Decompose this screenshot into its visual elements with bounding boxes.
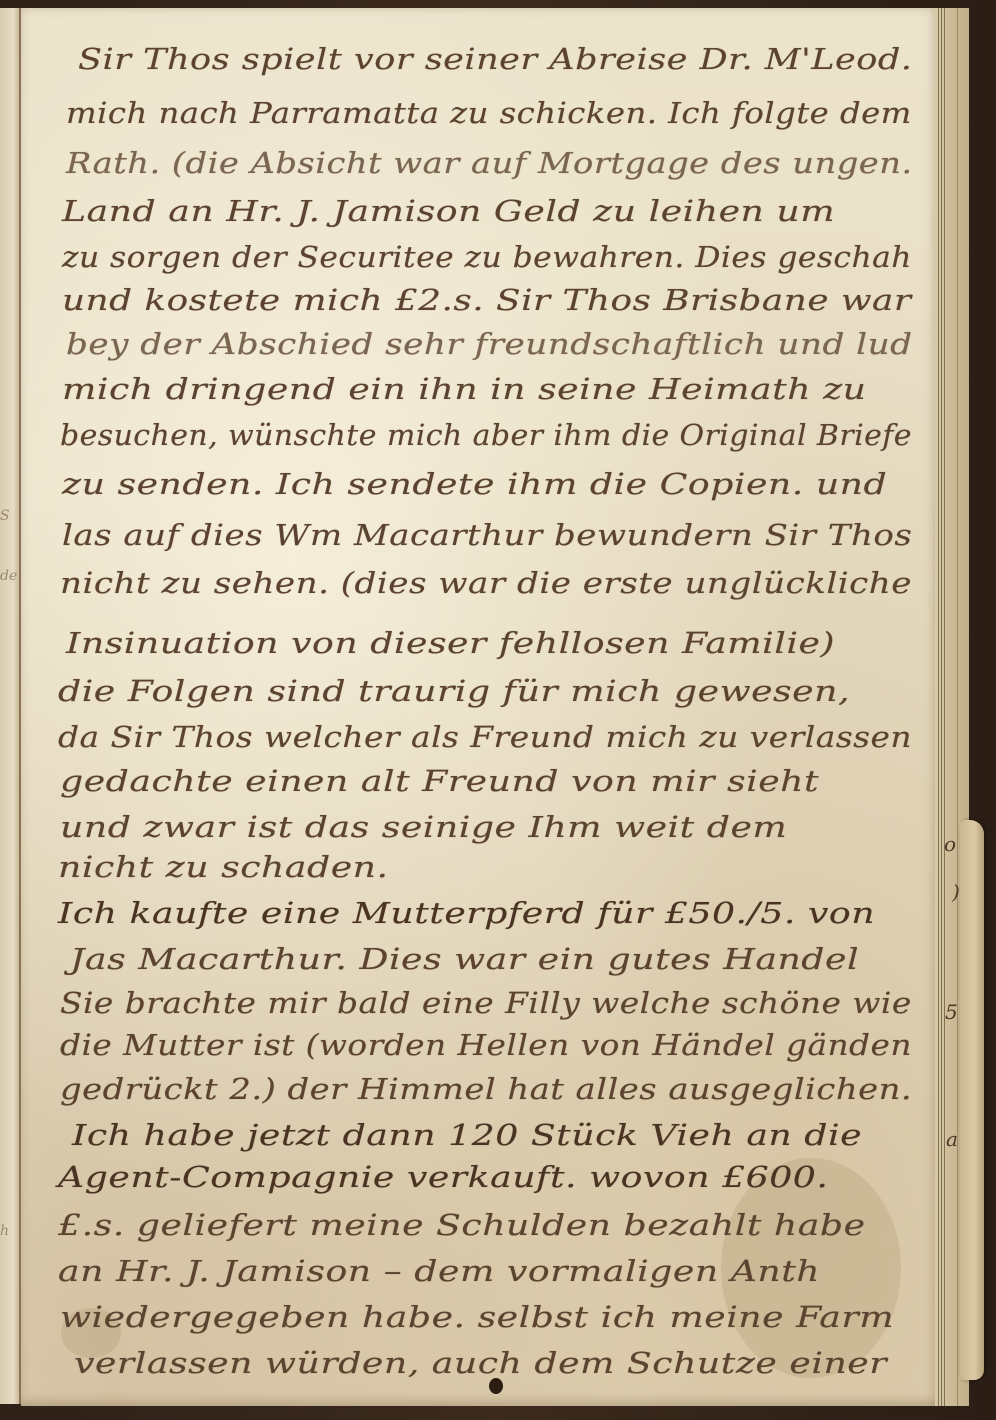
manuscript-line-26: £.s. geliefert meine Schulden bezahlt ha…: [58, 1208, 866, 1242]
manuscript-line-3: Rath. (die Absicht war auf Mortgage des …: [66, 146, 913, 180]
manuscript-line-8: mich dringend ein ihn in seine Heimath z…: [62, 372, 867, 406]
left-page-fragment: h: [0, 1223, 18, 1239]
manuscript-line-4: Land an Hr. J. Jamison Geld zu leihen um: [62, 194, 835, 228]
left-page-fragment: S: [0, 508, 18, 524]
manuscript-line-15: da Sir Thos welcher als Freund mich zu v…: [58, 720, 912, 754]
edge-mark: 5: [945, 1000, 958, 1024]
manuscript-line-18: nicht zu schaden.: [58, 850, 389, 884]
manuscript-line-16: gedachte einen alt Freund von mir sieht: [60, 764, 819, 798]
left-page-fragment: de: [0, 568, 18, 584]
manuscript-line-10: zu senden. Ich sendete ihm die Copien. u…: [62, 467, 887, 501]
edge-mark: a: [946, 1127, 958, 1151]
curled-page-edge: [960, 820, 984, 1380]
manuscript-line-28: wiedergegeben habe. selbst ich meine Far…: [60, 1300, 894, 1334]
manuscript-line-11: las auf dies Wm Macarthur bewundern Sir …: [62, 518, 912, 552]
manuscript-line-14: die Folgen sind traurig für mich gewesen…: [58, 674, 850, 708]
ink-blot: [489, 1378, 503, 1394]
manuscript-line-13: Insinuation von dieser fehllosen Familie…: [66, 626, 835, 660]
manuscript-line-25: Agent-Compagnie verkauft. wovon £600.: [58, 1160, 828, 1194]
manuscript-line-19: Ich kaufte eine Mutterpferd für £50./5. …: [58, 896, 875, 930]
manuscript-line-9: besuchen, wünschte mich aber ihm die Ori…: [60, 418, 912, 452]
manuscript-line-24: Ich habe jetzt dann 120 Stück Vieh an di…: [72, 1118, 862, 1152]
manuscript-line-2: mich nach Parramatta zu schicken. Ich fo…: [66, 96, 912, 130]
manuscript-line-23: gedrückt 2.) der Himmel hat alles ausgeg…: [60, 1072, 912, 1106]
manuscript-line-12: nicht zu sehen. (dies war die erste ungl…: [60, 566, 912, 600]
manuscript-line-7: bey der Abschied sehr freundschaftlich u…: [66, 327, 912, 361]
manuscript-line-5: zu sorgen der Securitee zu bewahren. Die…: [62, 240, 912, 274]
edge-mark: ): [952, 880, 960, 904]
manuscript-line-22: die Mutter ist (worden Hellen von Händel…: [60, 1028, 912, 1062]
edge-mark: o: [944, 832, 956, 856]
manuscript-line-6: und kostete mich £2.s. Sir Thos Brisbane…: [62, 283, 912, 317]
left-facing-page-edge: S de h: [0, 8, 21, 1404]
manuscript-line-21: Sie brachte mir bald eine Filly welche s…: [60, 986, 912, 1020]
manuscript-line-27: an Hr. J. Jamison – dem vormaligen Anth: [58, 1254, 820, 1288]
manuscript-line-20: Jas Macarthur. Dies war ein gutes Handel: [70, 942, 859, 976]
manuscript-line-29: verlassen würden, auch dem Schutze einer: [74, 1346, 887, 1380]
manuscript-line-1: Sir Thos spielt vor seiner Abreise Dr. M…: [78, 42, 912, 76]
manuscript-line-17: und zwar ist das seinige Ihm weit dem: [60, 810, 787, 844]
